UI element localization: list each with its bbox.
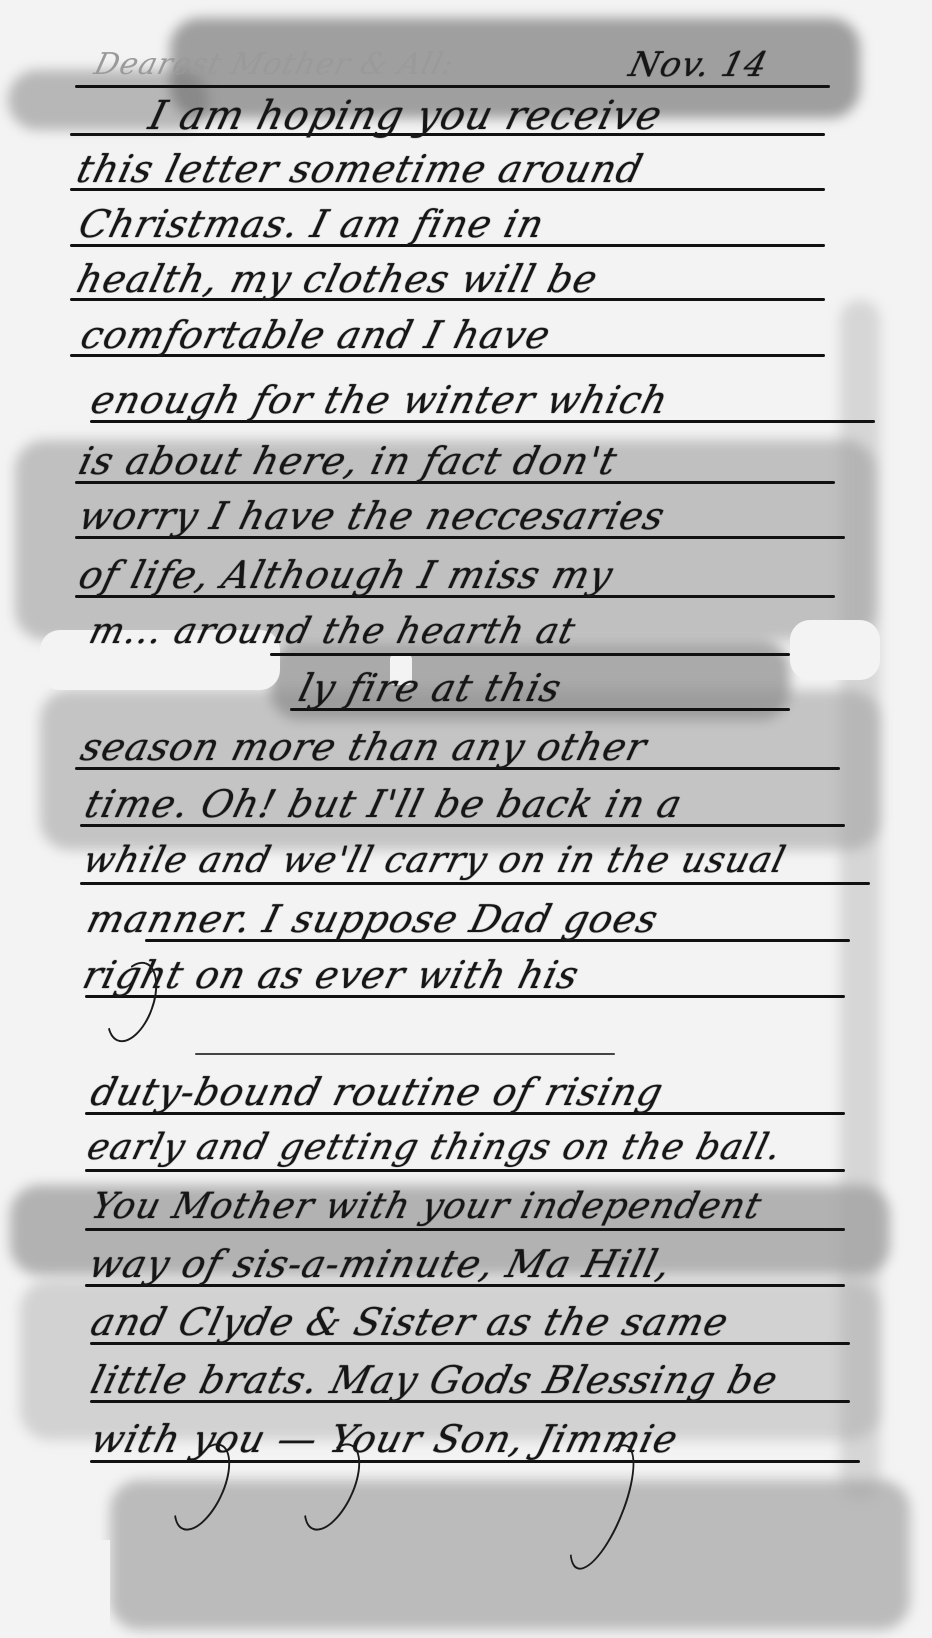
letter-line: comfortable and I have <box>77 316 554 354</box>
stain-right-edge <box>840 300 880 1500</box>
letter-page: Dearest Mother & All: Nov. 14 I am hopin… <box>0 0 932 1638</box>
rule-line <box>270 653 790 656</box>
letter-line: with you — Your Son, Jimmie <box>87 1420 682 1458</box>
rule-line <box>85 1228 845 1231</box>
letter-line: time. Oh! but I'll be back in a <box>81 785 686 823</box>
letter-line: early and getting things on the ball. <box>84 1130 786 1166</box>
rule-line <box>85 1169 845 1172</box>
letter-line: health, my clothes will be <box>73 260 602 298</box>
letter-line: enough for the winter which <box>87 381 672 419</box>
letter-line: I am hoping you receive <box>145 96 666 136</box>
rule-line <box>80 882 870 885</box>
letter-line: of life, Although I miss my <box>75 556 617 594</box>
letter-line: is about here, in fact don't <box>75 442 621 480</box>
letter-line: while and we'll carry on in the usual <box>80 843 790 879</box>
letter-line: manner. I suppose Dad goes <box>83 900 662 938</box>
rule-line <box>75 85 830 88</box>
letter-line: Christmas. I am fine in <box>75 205 548 243</box>
salutation-faint: Dearest Mother & All: <box>91 50 457 80</box>
header-date: Nov. 14 <box>626 48 772 82</box>
letter-line: duty-bound routine of rising <box>87 1073 667 1111</box>
letter-line: little brats. May Gods Blessing be <box>87 1361 782 1399</box>
letter-line: this letter sometime around <box>73 150 647 188</box>
letter-line: You Mother with your independent <box>88 1189 766 1225</box>
tear-bottom-left <box>0 1540 110 1638</box>
tear-right <box>790 620 880 680</box>
letter-line: ly fire at this <box>295 669 566 707</box>
rule-line <box>195 1053 615 1055</box>
letter-line: season more than any other <box>77 728 651 766</box>
letter-line: m... around the hearth at <box>86 614 580 650</box>
letter-line: worry I have the neccesaries <box>75 497 669 535</box>
stain-bottom <box>110 1480 910 1630</box>
letter-line: and Clyde & Sister as the same <box>87 1303 732 1341</box>
letter-line: way of sis-a-minute, Ma Hill, <box>85 1245 675 1283</box>
